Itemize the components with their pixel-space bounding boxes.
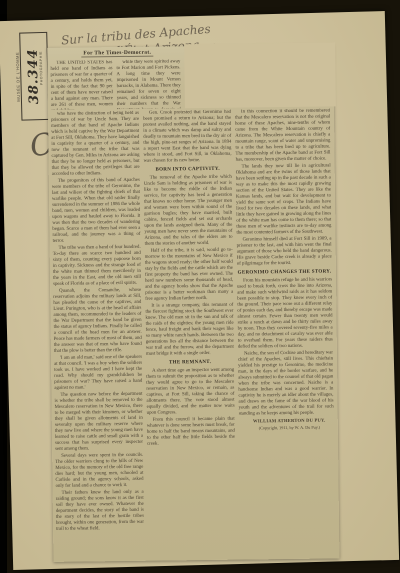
column2-top-text: Gen. Crook protested that Geronimo had b… (143, 110, 232, 165)
column2-bottom-text: A short time ago an inspector went among… (146, 368, 235, 448)
clipping-cutout-notch (184, 42, 336, 108)
newspaper-clipping: For The Times-Democrat. THE UNITED STATE… (47, 44, 339, 561)
clipping-column-3: In this connection it should be remember… (235, 108, 335, 555)
archive-photo: MUSÉE DE L'HOMME PHOTOGRAPHIE 38.344 Sur… (0, 0, 400, 573)
column2-mid-text: The removal of the Apache tribe which Un… (144, 175, 234, 358)
byline: WILLIAM ATHERTON DU PUY. (239, 417, 334, 424)
clipping-credit: For The Times-Democrat. (47, 49, 187, 57)
mount-card: MUSÉE DE L'HOMME PHOTOGRAPHIE 38.344 Sur… (0, 11, 399, 570)
accession-number: 38.344 (20, 33, 48, 120)
credit-text: For The Times-Democrat. (81, 50, 153, 58)
column3-bottom-text: From his mountain refuge he and his warr… (237, 277, 334, 417)
intro-column-b: while they were spirited away to Fort Ma… (116, 59, 181, 109)
clipping-column-1: who have the distinction of being held a… (51, 111, 144, 558)
copyright-line: (Copyright, 1911, by W. A. Du Puy.) (239, 424, 334, 431)
clipping-column-2: Gen. Crook protested that Geronimo had b… (143, 110, 236, 557)
accession-stamp: MUSÉE DE L'HOMME PHOTOGRAPHIE 38.344 (15, 32, 47, 125)
column3-top-text: In this connection it should be remember… (235, 108, 332, 267)
section-heading-the-remnant: THE REMNANT. (146, 360, 234, 367)
section-heading-geronimo-changes-the-story: GERONIMO CHANGES THE STORY. (237, 269, 332, 276)
section-heading-born-into-captivity: BORN INTO CAPTIVITY. (144, 167, 232, 174)
intro-column-a: THE UNITED STATES has held one band of I… (50, 60, 113, 110)
stamp-box: PHOTOGRAPHIE 38.344 (19, 32, 49, 121)
